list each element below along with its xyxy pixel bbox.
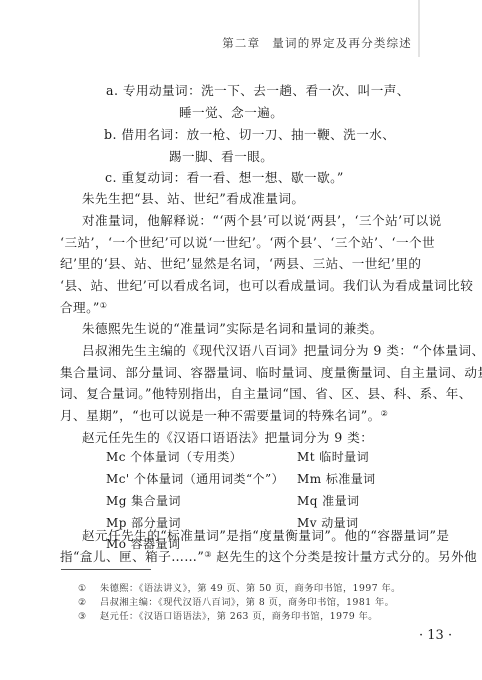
- classifier-entry: Mt 临时量词: [297, 448, 369, 465]
- text-line: c. 重复动词：看一看、想一想、歇一歇。”: [105, 167, 344, 186]
- text-line: 词、复合量词。”他特别指出，自主量词“国、省、区、县、科、系、年、: [60, 383, 472, 402]
- text-line: 朱先生把“县、站、世纪”看成准量词。: [82, 188, 304, 207]
- text-line: 赵元任先生的《汉语口语语法》把量词分为 9 类：: [82, 427, 373, 446]
- footnote: ①朱德熙：《语法讲义》，第 49 页、第 50 页，商务印书馆，1997 年。: [78, 580, 401, 594]
- classifier-entry: Mp 部分量词: [106, 514, 181, 531]
- text-line: 踢一脚、看一眼。: [169, 146, 273, 165]
- text-line: 月、星期”，“也可以说是一种不需要量词的特殊名词”。②: [60, 405, 388, 424]
- text-line: 对准量词，他解释说：“‘两个县’可以说‘两县’，‘三个站’可以说: [82, 210, 442, 229]
- text-line: 朱德熙先生说的“准量词”实际是名词和量词的兼类。: [82, 318, 383, 337]
- text-line: 吕叔湘先生主编的《现代汉语八百词》把量词分为 9 类：“个体量词、: [82, 340, 482, 359]
- classifier-entry: Mc' 个体量词（通用词类“个”）: [106, 470, 284, 487]
- footnote-ref: ③: [204, 550, 212, 559]
- classifier-entry: Mq 准量词: [297, 492, 359, 509]
- text-line: 合理。”①: [60, 297, 107, 316]
- classifier-entry: Mg 集合量词: [106, 492, 181, 509]
- running-head-title: 量词的界定及再分类综述: [272, 36, 412, 50]
- text-line: 睡一觉、念一遍。: [179, 102, 283, 121]
- page-edge-divider: [418, 0, 420, 57]
- classifier-entry: Mc 个体量词（专用类）: [106, 448, 242, 465]
- text-line: b. 借用名词：放一枪、切一刀、抽一鞭、洗一水、: [104, 124, 395, 143]
- text-line: 纪’里的‘县、站、世纪’显然是名词，‘两县、三站、一世纪’里的: [60, 253, 421, 272]
- running-head-chapter: 第二章: [222, 36, 260, 50]
- book-page: 第二章量词的界定及再分类综述 a. 专用动量词：洗一下、去一趟、看一次、叫一声、…: [0, 0, 482, 680]
- text-line: ‘三站’，‘一个世纪’可以说‘一世纪’。‘两个县’、‘三个站’、‘一个世: [60, 232, 435, 251]
- classifier-entry: Mm 标准量词: [297, 470, 376, 487]
- classifier-entry: Mo 容器量词: [106, 535, 180, 552]
- running-head: 第二章量词的界定及再分类综述: [222, 35, 412, 51]
- footnote-ref: ②: [381, 409, 389, 418]
- text-line: a. 专用动量词：洗一下、去一趟、看一次、叫一声、: [106, 80, 410, 99]
- page-number: · 13 ·: [419, 628, 452, 643]
- classifier-entry: Mv 动量词: [297, 514, 359, 531]
- footnote-rule: [61, 569, 151, 570]
- text-line: ‘县、站、世纪’可以看成名词，也可以看成量词。我们认为看成量词比较: [60, 275, 473, 294]
- footnote: ③赵元任：《汉语口语语法》，第 263 页，商务印书馆，1979 年。: [78, 608, 378, 622]
- footnote-ref: ①: [100, 301, 108, 310]
- footnote: ②吕叔湘主编：《现代汉语八百词》，第 8 页，商务印书馆，1981 年。: [78, 594, 394, 608]
- text-line: 集合量词、部分量词、容器量词、临时量词、度量衡量词、自主量词、动量: [60, 362, 482, 381]
